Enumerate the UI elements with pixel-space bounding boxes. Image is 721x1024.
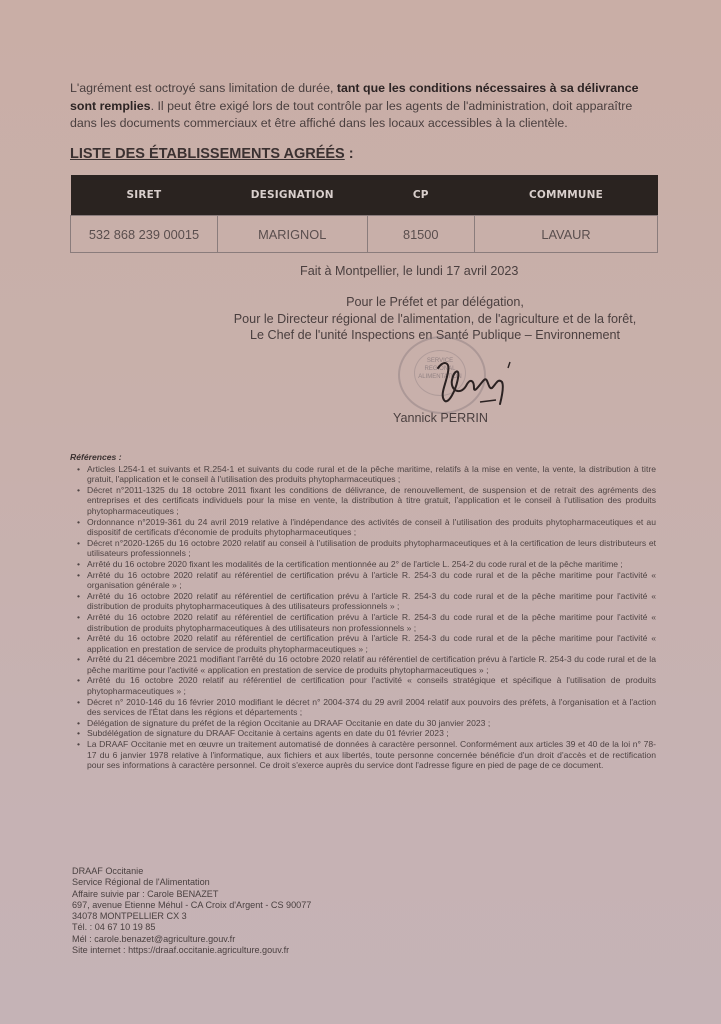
footer-city: 34078 MONTPELLIER CX 3	[72, 911, 311, 922]
list-item: Arrêté du 16 octobre 2020 relatif au réf…	[87, 633, 656, 654]
intro-text-1: L'agrément est octroyé sans limitation d…	[70, 81, 337, 95]
header-cp: CP	[367, 175, 474, 216]
approval-intro-paragraph: L'agrément est octroyé sans limitation d…	[70, 80, 660, 133]
place-and-date: Fait à Montpellier, le lundi 17 avril 20…	[300, 264, 518, 278]
list-item: Arrêté du 16 octobre 2020 relatif au réf…	[87, 675, 656, 696]
footer-org: DRAAF Occitanie	[72, 866, 311, 877]
list-item: La DRAAF Occitanie met en œuvre un trait…	[87, 739, 656, 771]
footer-address: 697, avenue Etienne Méhul - CA Croix d'A…	[72, 900, 311, 911]
list-item: Subdélégation de signature du DRAAF Occi…	[87, 728, 656, 739]
list-item: Arrêté du 21 décembre 2021 modifiant l'a…	[87, 654, 656, 675]
references-list: Articles L254-1 et suivants et R.254-1 e…	[70, 464, 656, 771]
list-item: Délégation de signature du préfet de la …	[87, 718, 656, 729]
list-item: Articles L254-1 et suivants et R.254-1 e…	[87, 464, 656, 485]
table-header-row: SIRET DESIGNATION CP COMMMUNE	[71, 175, 658, 216]
references-title: Références :	[70, 452, 656, 463]
references-section: Références : Articles L254-1 et suivants…	[70, 452, 656, 771]
establishments-table: SIRET DESIGNATION CP COMMMUNE 532 868 23…	[70, 175, 658, 253]
footer-case-handler: Affaire suivie par : Carole BENAZET	[72, 889, 311, 900]
header-siret: SIRET	[71, 175, 218, 216]
cell-commune: LAVAUR	[474, 216, 657, 253]
table-row: 532 868 239 00015 MARIGNOL 81500 LAVAUR	[71, 216, 658, 253]
header-designation: DESIGNATION	[217, 175, 367, 216]
authority-line: Pour le Préfet et par délégation,	[225, 294, 645, 311]
footer-service: Service Régional de l'Alimentation	[72, 877, 311, 888]
list-item: Arrêté du 16 octobre 2020 relatif au réf…	[87, 570, 656, 591]
list-item: Décret n° 2010-146 du 16 février 2010 mo…	[87, 697, 656, 718]
contact-footer: DRAAF Occitanie Service Régional de l'Al…	[72, 866, 311, 956]
signer-name: Yannick PERRIN	[393, 411, 488, 425]
footer-website: Site internet : https://draaf.occitanie.…	[72, 945, 311, 956]
list-title-suffix: :	[345, 146, 354, 162]
header-commune: COMMMUNE	[474, 175, 657, 216]
handwritten-signature-icon	[430, 350, 525, 410]
list-item: Arrêté du 16 octobre 2020 relatif au réf…	[87, 591, 656, 612]
document-page: L'agrément est octroyé sans limitation d…	[0, 0, 721, 1024]
list-item: Décret n°2020-1265 du 16 octobre 2020 re…	[87, 538, 656, 559]
intro-text-2: . Il peut être exigé lors de tout contrô…	[70, 99, 632, 131]
cell-cp: 81500	[367, 216, 474, 253]
cell-siret: 532 868 239 00015	[71, 216, 218, 253]
footer-phone: Tél. : 04 67 10 19 85	[72, 922, 311, 933]
cell-designation: MARIGNOL	[217, 216, 367, 253]
list-title-text: LISTE DES ÉTABLISSEMENTS AGRÉÉS	[70, 146, 345, 162]
list-item: Décret n°2011-1325 du 18 octobre 2011 fi…	[87, 485, 656, 517]
footer-email: Mél : carole.benazet@agriculture.gouv.fr	[72, 934, 311, 945]
list-item: Arrêté du 16 octobre 2020 fixant les mod…	[87, 559, 656, 570]
establishments-list-title: LISTE DES ÉTABLISSEMENTS AGRÉÉS :	[70, 146, 354, 162]
list-item: Arrêté du 16 octobre 2020 relatif au réf…	[87, 612, 656, 633]
authority-line: Pour le Directeur régional de l'alimenta…	[225, 311, 645, 328]
list-item: Ordonnance n°2019-361 du 24 avril 2019 r…	[87, 517, 656, 538]
